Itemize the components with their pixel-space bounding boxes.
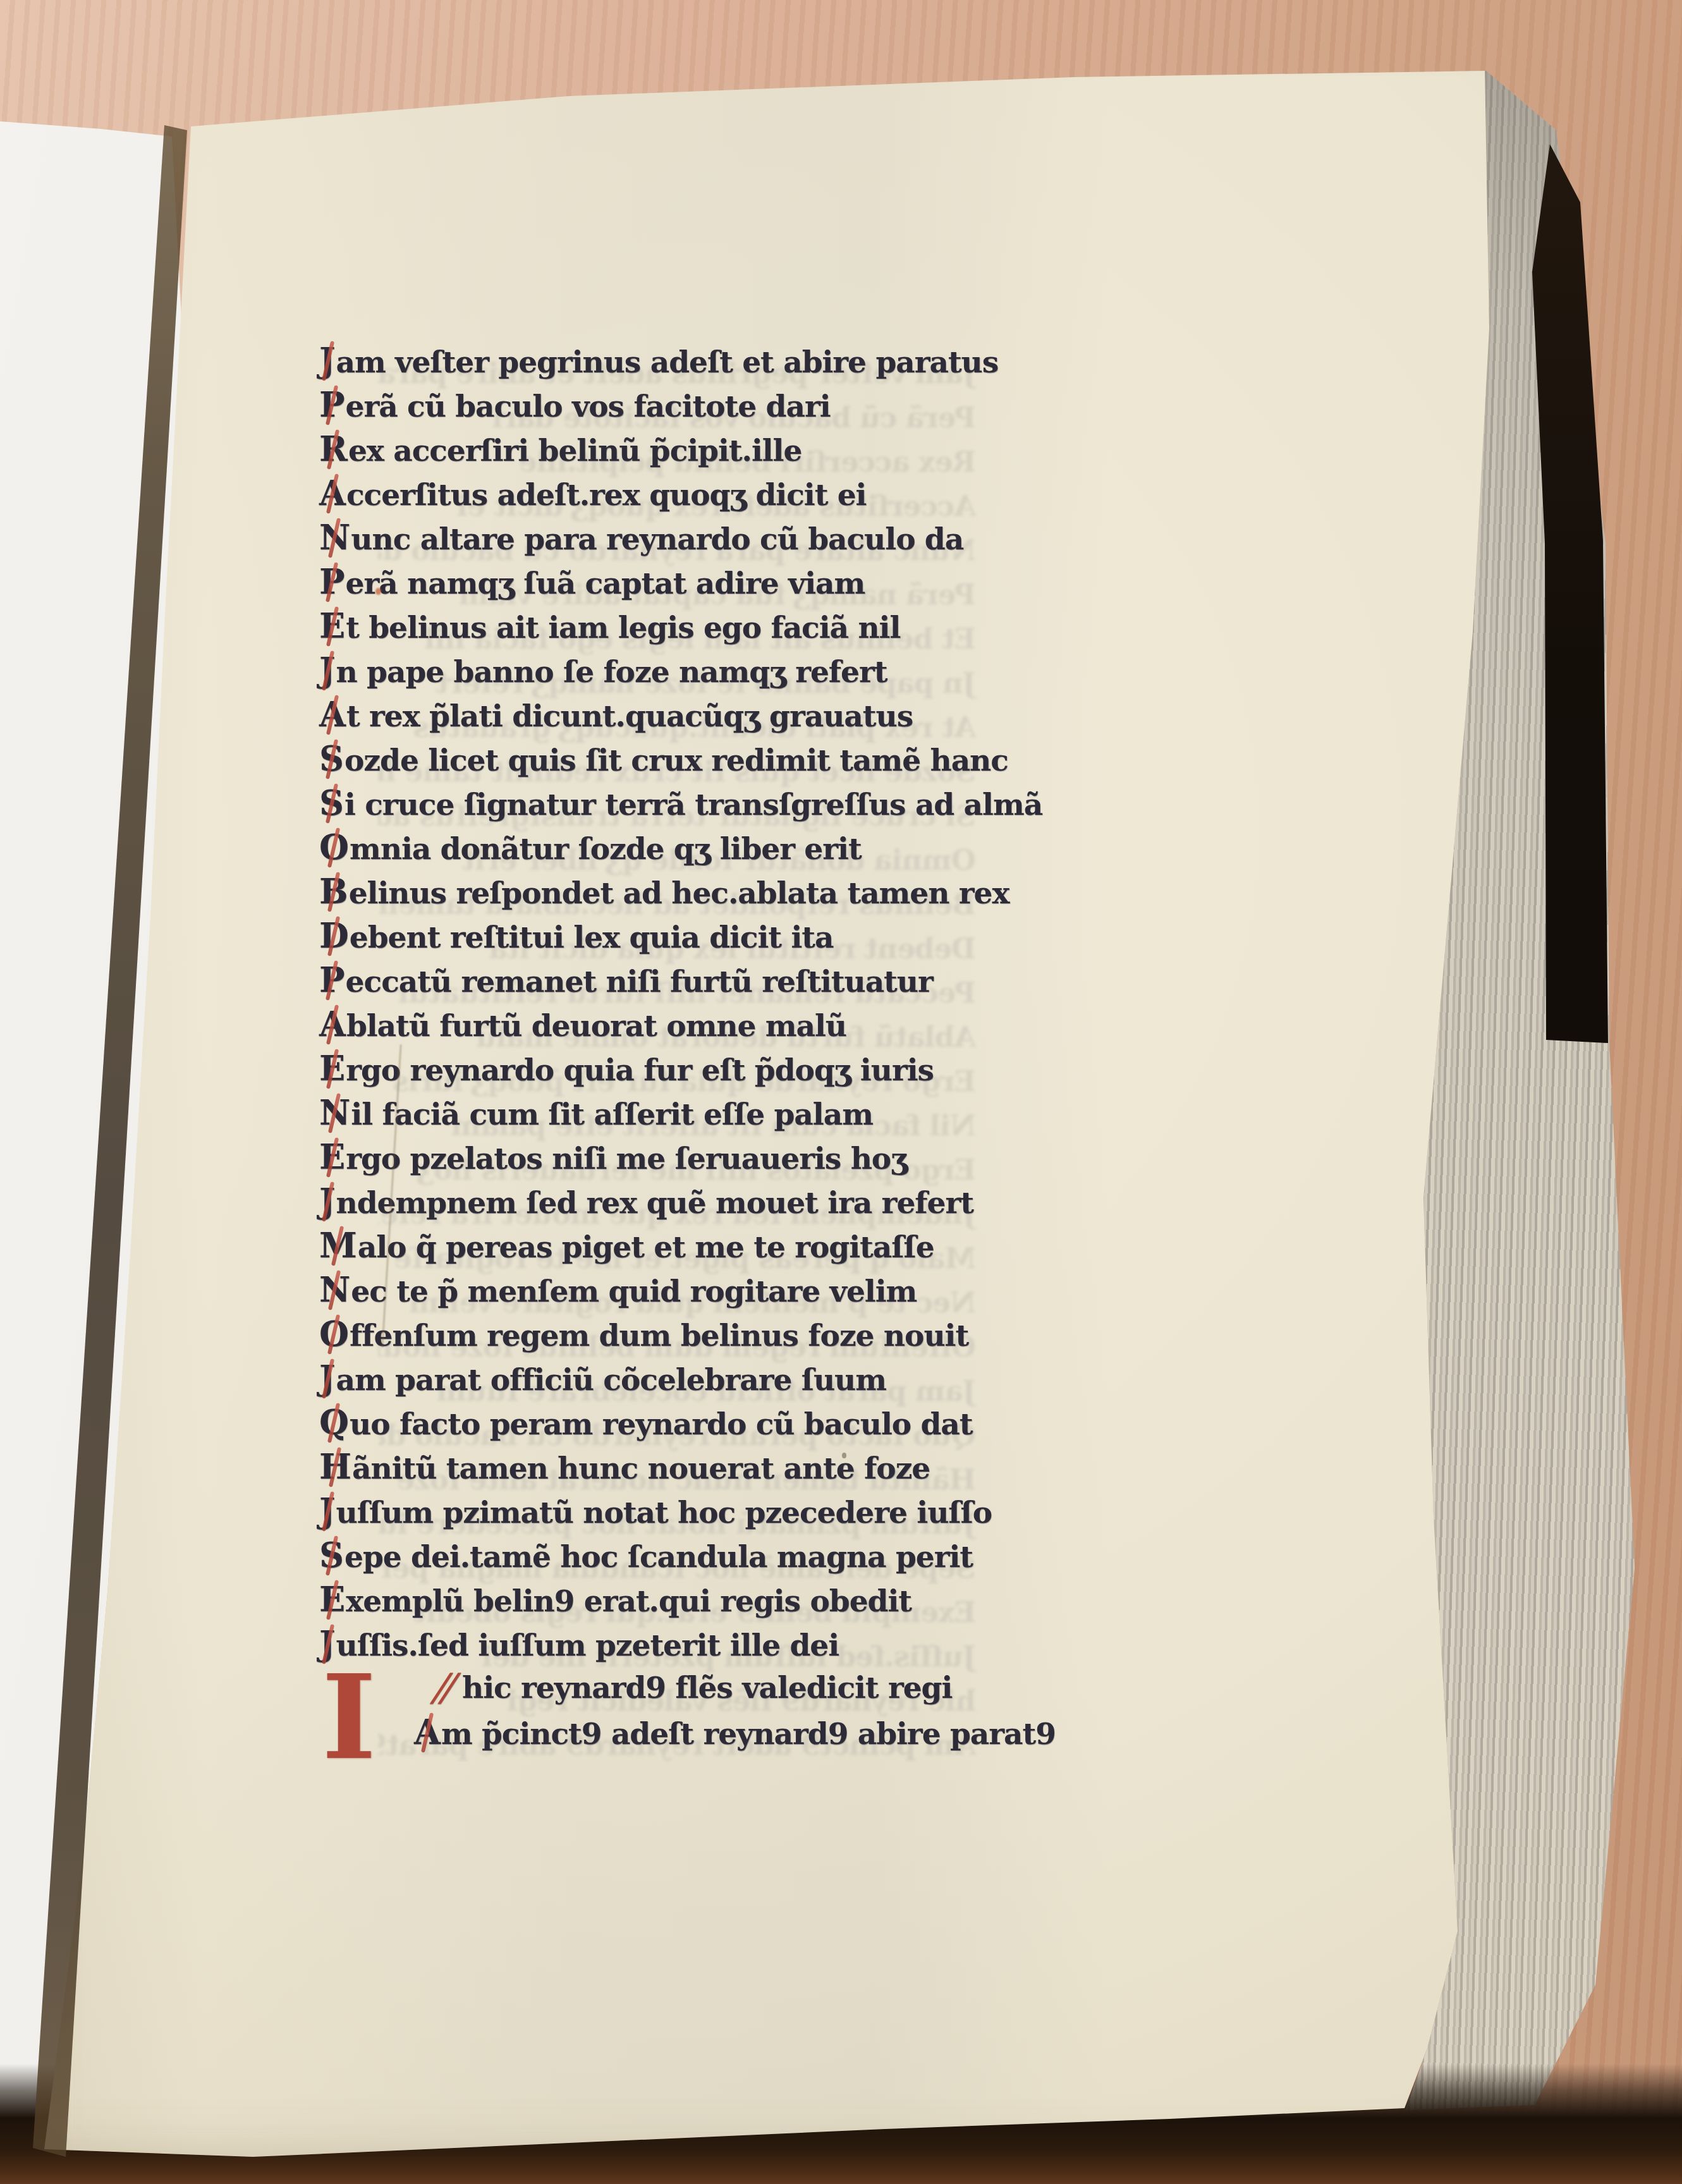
rubricated-initial: B xyxy=(319,869,348,913)
verse-line: Exemplũ belin9 erat.qui regis obedit xyxy=(319,1577,1160,1621)
verse-text: unc altare para reynardo cũ baculo da xyxy=(351,522,963,557)
verse-text: erã namqʒ ſuã captat adire viam xyxy=(346,566,865,601)
rubricated-initial: A xyxy=(319,692,345,736)
verse-text: alo q̃ pereas piget et me te rogitaſſe xyxy=(358,1230,934,1265)
verse-line: Nil faciã cum ſit aſſerit eſſe palam xyxy=(319,1090,1160,1135)
verse-text-block: Jam veſter pegrinus adeſt et abire parat… xyxy=(319,338,1160,1754)
drop-cap-initial-I: I xyxy=(322,1676,375,1759)
final-couplet: I //hic reynard9 flẽs valedicit regi Am … xyxy=(319,1666,1160,1754)
verse-text: erã cũ baculo vos facitote dari xyxy=(346,389,831,424)
verse-line: Ergo reynardo quia fur eſt p̃doqʒ iuris xyxy=(319,1046,1160,1090)
verse-text: i cruce ſignatur terrã transſgreſſus ad … xyxy=(344,788,1042,822)
verse-text: rgo reynardo quia fur eſt p̃doqʒ iuris xyxy=(346,1053,934,1088)
rubricated-initial: J xyxy=(319,338,335,382)
verse-text: blatũ furtũ deuorat omne malũ xyxy=(346,1009,846,1044)
rubricated-initial: S xyxy=(319,781,343,825)
rubricated-initial: A xyxy=(319,1002,345,1046)
verse-text: elinus reſpondet ad hec.ablata tamen rex xyxy=(349,876,1009,911)
verse-text: ex accerſiri belinũ p̃cipit.ille xyxy=(348,434,801,468)
rubricated-initial: E xyxy=(319,1046,344,1090)
verse-line: Ergo pzelatos niſi me ſeruaueris hoʒ xyxy=(319,1135,1160,1179)
verse-line: Jndempnem ſed rex quẽ mouet ira refert xyxy=(319,1179,1160,1223)
verse-line: Malo q̃ pereas piget et me te rogitaſſe xyxy=(319,1223,1160,1267)
verse-line: Sozde licet quis ſit crux redimit tamẽ h… xyxy=(319,736,1160,781)
verse-text: t belinus ait iam legis ego faciã nil xyxy=(346,611,900,645)
rubricated-initial: J xyxy=(319,1356,335,1400)
paper-blemish xyxy=(842,1453,846,1458)
verse-text: eccatũ remanet niſi furtũ reſtituatur xyxy=(346,965,933,999)
verse-text: t rex p̃lati dicunt.quacũqʒ grauatus xyxy=(346,699,913,734)
verse-line: Nunc altare para reynardo cũ baculo da xyxy=(319,515,1160,559)
verse-text: ffenſum regem dum belinus foze nouit xyxy=(350,1319,968,1353)
verse-line: Jn pape banno ſe foze namqʒ refert xyxy=(319,648,1160,692)
verse-line: Accerſitus adeſt.rex quoqʒ dicit ei xyxy=(319,471,1160,515)
verse-line: Quo facto peram reynardo cũ baculo dat xyxy=(319,1400,1160,1444)
verse-line: Sepe dei.tamẽ hoc ſcandula magna perit xyxy=(319,1533,1160,1577)
rubricated-initial: E xyxy=(319,604,344,648)
verse-text: m p̃cinct9 adeſt reynard9 abire parat9 xyxy=(441,1717,1056,1752)
rubricated-initial: S xyxy=(319,736,343,781)
verse-line: Perã cũ baculo vos facitote dari xyxy=(319,382,1160,427)
verse-text: il faciã cum ſit aſſerit eſſe palam xyxy=(351,1097,873,1132)
verse-text: ccerſitus adeſt.rex quoqʒ dicit ei xyxy=(346,478,867,513)
book-page: Jam veſter pegrinus adeſt et abire parat… xyxy=(0,0,1682,2184)
rubric-paragraph-mark: // xyxy=(425,1660,463,1716)
verse-line: Ablatũ furtũ deuorat omne malũ xyxy=(319,1002,1160,1046)
rubricated-initial: J xyxy=(319,1179,335,1223)
rubricated-initial: O xyxy=(319,1312,348,1356)
rubricated-initial: E xyxy=(319,1577,344,1621)
verse-line: Peccatũ remanet niſi furtũ reſtituatur xyxy=(319,958,1160,1002)
verse-text: uo facto peram reynardo cũ baculo dat xyxy=(350,1407,972,1442)
verse-line: Am p̃cinct9 adeſt reynard9 abire parat9 xyxy=(319,1710,1160,1754)
verse-line: Si cruce ſignatur terrã transſgreſſus ad… xyxy=(319,781,1160,825)
verse-text: am parat officiũ cõcelebrare ſuum xyxy=(336,1363,886,1398)
verse-line: Nec te p̃ menſem quid rogitare velim xyxy=(319,1267,1160,1312)
verse-line: Jam parat officiũ cõcelebrare ſuum xyxy=(319,1356,1160,1400)
rubricated-initial: O xyxy=(319,825,348,869)
verse-text: ndempnem ſed rex quẽ mouet ira refert xyxy=(336,1186,973,1221)
rubricated-initial: N xyxy=(319,515,350,559)
rubricated-initial: H xyxy=(319,1444,351,1489)
verse-text: xemplũ belin9 erat.qui regis obedit xyxy=(346,1584,911,1619)
rubricated-initial: R xyxy=(319,427,347,471)
verse-text: uſſum pzimatũ notat hoc pzecedere iuſſo xyxy=(336,1496,992,1530)
rubricated-initial: N xyxy=(319,1267,350,1312)
verse-line: At rex p̃lati dicunt.quacũqʒ grauatus xyxy=(319,692,1160,736)
verse-text: ebent reſtitui lex quia dicit ita xyxy=(350,920,834,955)
verse-text: mnia donãtur ſozde qʒ liber erit xyxy=(350,832,862,867)
verse-line: Offenſum regem dum belinus foze nouit xyxy=(319,1312,1160,1356)
verse-line: Belinus reſpondet ad hec.ablata tamen re… xyxy=(319,869,1160,913)
verse-line: Rex accerſiri belinũ p̃cipit.ille xyxy=(319,427,1160,471)
rubricated-initial: A xyxy=(414,1710,440,1754)
verse-text: epe dei.tamẽ hoc ſcandula magna perit xyxy=(344,1540,973,1575)
verse-text: hic reynard9 flẽs valedicit regi xyxy=(462,1671,952,1705)
verse-line: Et belinus ait iam legis ego faciã nil xyxy=(319,604,1160,648)
verse-line: Jam veſter pegrinus adeſt et abire parat… xyxy=(319,338,1160,382)
verse-text: ozde licet quis ſit crux redimit tamẽ ha… xyxy=(344,743,1008,778)
rubricated-initial: M xyxy=(319,1223,357,1267)
rubricated-initial: P xyxy=(319,559,344,604)
verse-text: am veſter pegrinus adeſt et abire paratu… xyxy=(336,345,999,380)
rubricated-initial: J xyxy=(319,1489,335,1533)
verse-line: Juſſum pzimatũ notat hoc pzecedere iuſſo xyxy=(319,1489,1160,1533)
rubricated-initial: P xyxy=(319,958,344,1002)
rubricated-initial: D xyxy=(319,913,348,958)
verse-line: Hãnitũ tamen hunc nouerat ante foze xyxy=(319,1444,1160,1489)
verse-text: rgo pzelatos niſi me ſeruaueris hoʒ xyxy=(346,1142,907,1176)
verse-text: uſſis.ſed iuſſum pzeterit ille dei xyxy=(336,1628,839,1663)
rubricated-initial: Q xyxy=(319,1400,348,1444)
verse-line: Perã namqʒ ſuã captat adire viam xyxy=(319,559,1160,604)
photographed-incunabulum-page: Jam veſter pegrinus adeſt et abire parat… xyxy=(0,0,1682,2184)
rubricated-initial: N xyxy=(319,1090,350,1135)
verse-line: Omnia donãtur ſozde qʒ liber erit xyxy=(319,825,1160,869)
verse-text: ec te p̃ menſem quid rogitare velim xyxy=(351,1274,917,1309)
rubricated-initial: E xyxy=(319,1135,344,1179)
verse-line: Debent reſtitui lex quia dicit ita xyxy=(319,913,1160,958)
verse-line: Juſſis.ſed iuſſum pzeterit ille dei xyxy=(319,1621,1160,1666)
verse-text: n pape banno ſe foze namqʒ refert xyxy=(336,655,887,690)
verse-line: //hic reynard9 flẽs valedicit regi xyxy=(319,1666,1160,1710)
rubricated-initial: S xyxy=(319,1533,343,1577)
rubricated-initial: A xyxy=(319,471,345,515)
red-ink-speck xyxy=(375,588,381,595)
rubricated-initial: J xyxy=(319,648,335,692)
rubricated-initial: P xyxy=(319,382,344,427)
